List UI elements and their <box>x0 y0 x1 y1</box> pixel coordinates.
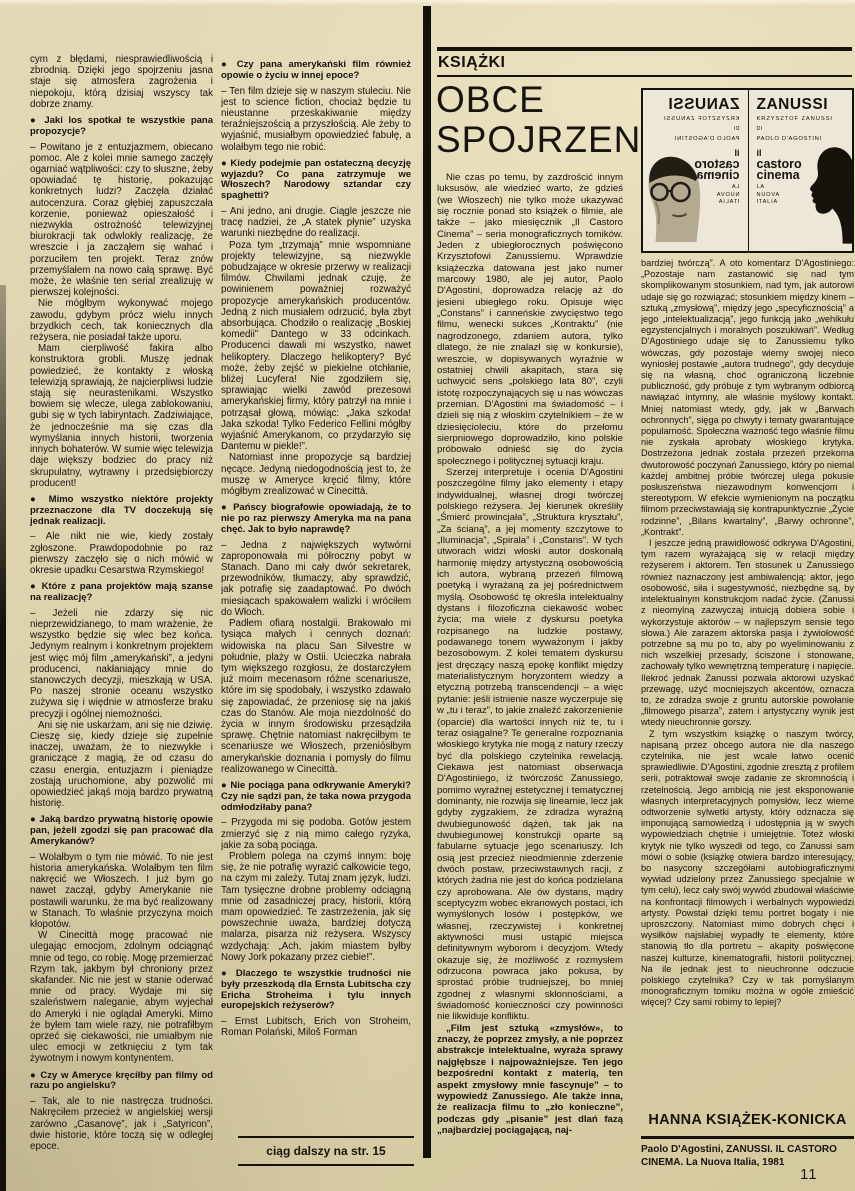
interview-paragraph: ● Jaką bardzo prywatną historię opowie p… <box>30 815 213 847</box>
interview-paragraph: – Ten film dzieje się w naszym stuleciu.… <box>221 86 411 153</box>
cover-di: DI <box>648 126 740 133</box>
interview-paragraph: Padłem ofiarą nostalgii. Brakowało mi ty… <box>221 618 411 775</box>
byline-rule <box>641 1136 854 1139</box>
interview-paragraph: Poza tym „trzymają” mnie wspomniane proj… <box>221 240 411 453</box>
review-byline: HANNA KSIĄŻEK-KONICKA <box>641 1112 854 1128</box>
interview-paragraph: ● Czy w Ameryce kręciłby pan filmy od ra… <box>30 1071 213 1093</box>
interview-paragraph: Natomiast inne propozycje są bardziej nę… <box>221 452 411 497</box>
review-column-1: Nie czas po temu, by zazdrościć innym lu… <box>437 172 623 1164</box>
interview-paragraph: ● Kiedy podejmie pan ostateczną decyzję … <box>221 159 411 202</box>
review-column-2: bardziej twórczą”. A oto komentarz D'Ago… <box>641 258 854 1106</box>
review-paragraph: bardziej twórczą”. A oto komentarz D'Ago… <box>641 258 854 538</box>
interview-paragraph: W Cinecittà mogę pracować nie ulegając e… <box>30 930 213 1064</box>
interview-paragraph: Nie mógłbym wykonywać mojego zawodu, gdy… <box>30 298 213 343</box>
cover-title: ZANUSSI <box>757 96 849 113</box>
review-paragraph: Szerzej interpretuje i ocenia D'Agostini… <box>437 467 623 1023</box>
books-rule-top <box>437 47 852 51</box>
continued-note: ciąg dalszy na str. 15 <box>238 1136 414 1166</box>
interview-paragraph: – Przygoda mi się podoba. Gotów jestem z… <box>221 817 411 851</box>
interview-paragraph: ● Nie pociąga pana odkrywanie Ameryki? C… <box>221 781 411 813</box>
book-cover-photo: ZANUSSI KRZYSZTOF ZANUSSI DI PAOLO D'AGO… <box>641 88 854 253</box>
scan-edge-left <box>0 285 6 1191</box>
page-number: 11 <box>800 1166 818 1183</box>
interview-paragraph: – Tak, ale to nie nastręcza trudności. N… <box>30 1096 213 1152</box>
interview-paragraph: Ani się nie uskarżam, ani się nie dziwię… <box>30 720 213 810</box>
interview-column-1: cym z błędami, niesprawiedliwością i zbr… <box>30 54 213 1166</box>
book-citation: Paolo D'Agostini, ZANUSSI. IL CASTORO CI… <box>641 1143 854 1169</box>
interview-paragraph: – Wolałbym o tym nie mówić. To nie jest … <box>30 852 213 930</box>
interview-paragraph: ● Dlaczego te wszystkie trudności nie by… <box>221 969 411 1012</box>
interview-paragraph: cym z błędami, niesprawiedliwością i zbr… <box>30 54 213 110</box>
book-cover-front: ZANUSSI KRZYSZTOF ZANUSSI DI PAOLO D'AGO… <box>748 90 853 251</box>
magazine-page: cym z błędami, niesprawiedliwością i zbr… <box>0 0 855 1191</box>
books-rule-under-label <box>437 75 852 77</box>
interview-paragraph: ● Czy pana amerykański film również opow… <box>221 60 411 82</box>
interview-paragraph: – Ernst Lubitsch, Erich von Stroheim, Ro… <box>221 1016 411 1038</box>
interview-paragraph: ● Pańscy biografowie opowiadają, że to n… <box>221 503 411 535</box>
interview-paragraph: ● Mimo wszystko niektóre projekty przezn… <box>30 495 213 527</box>
review-paragraph: Nie czas po temu, by zazdrościć innym lu… <box>437 172 623 467</box>
review-paragraph: I jeszcze jedną prawidłowość odkrywa D'A… <box>641 538 854 728</box>
cover-title: ZANUSSI <box>648 96 740 113</box>
review-paragraph: Z tym wszystkim książkę o naszym twórcy,… <box>641 729 854 1009</box>
book-cover-back: ZANUSSI KRZYSZTOF ZANUSSI DI PAOLO D'AGO… <box>643 90 748 251</box>
cover-author-small: KRZYSZTOF ZANUSSI <box>648 115 740 123</box>
cover-di: DI <box>757 126 849 133</box>
books-section-label: KSIĄŻKI <box>438 54 506 72</box>
interview-paragraph: – Ale nikt nie wie, kiedy zostały zgłosz… <box>30 531 213 576</box>
zanussi-portrait-photo <box>643 133 711 251</box>
section-divider <box>423 6 431 1158</box>
interview-paragraph: ● Jaki los spotkał te wszystkie pana pro… <box>30 116 213 138</box>
interview-paragraph: Problem polega na czymś innym: boję się,… <box>221 851 411 963</box>
zanussi-silhouette <box>792 133 852 251</box>
interview-paragraph: – Jedna z największych wytwórni zapropon… <box>221 540 411 618</box>
interview-paragraph: – Jeżeli nie zdarzy się nic nieprzewidzi… <box>30 608 213 720</box>
interview-paragraph: ● Które z pana projektów mają szanse na … <box>30 582 213 604</box>
interview-paragraph: Mam cierpliwość fakira albo konstruktora… <box>30 343 213 489</box>
interview-paragraph: – Ani jedno, ani drugie. Ciągle jeszcze … <box>221 206 411 240</box>
cover-author-small: KRZYSZTOF ZANUSSI <box>757 115 849 123</box>
interview-column-2: ● Czy pana amerykański film również opow… <box>221 54 411 1134</box>
review-paragraph: „Film jest sztuką «zmysłów», to znaczy, … <box>437 1023 623 1136</box>
interview-paragraph: – Powitano je z entuzjazmem, obiecano po… <box>30 142 213 299</box>
